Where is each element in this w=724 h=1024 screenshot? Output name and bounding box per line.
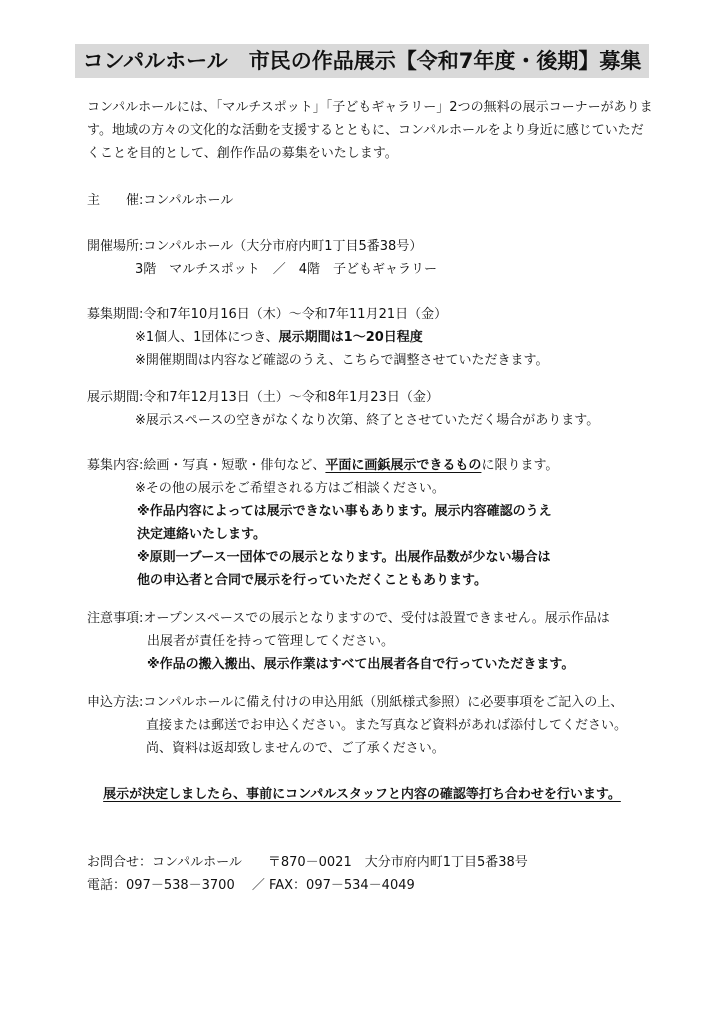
content-value-prefix: 絵画・写真・短歌・俳句など、 xyxy=(143,458,325,473)
content-value-underlined: 平面に画鋲展示できるもの xyxy=(325,458,481,473)
content-note-3b: 他の申込者と合同で展示を行っていただくこともあります。 xyxy=(137,570,487,593)
content-label: 募集内容 xyxy=(87,458,139,473)
venue-floors: 3階 マルチスポット ／ 4階 子どもギャラリー xyxy=(135,259,437,282)
title-container: コンパルホール 市民の作品展示【令和7年度・後期】募集 xyxy=(0,44,724,78)
content-note-2b: 決定連絡いたします。 xyxy=(137,524,266,547)
content-value-suffix: に限ります。 xyxy=(481,458,558,473)
intro-line-3: くことを目的として、創作作品の募集をいたします。 xyxy=(87,143,398,166)
contact-line-2: 電話：097－538－3700 ／ FAX：097－534－4049 xyxy=(87,875,415,898)
organizer-row: 主 催:コンパルホール xyxy=(87,190,233,213)
apply-row: 申込方法:コンパルホールに備え付けの申込用紙（別紙様式参照）に必要事項をご記入の… xyxy=(87,692,623,715)
notice-text: 展示が決定しましたら、事前にコンパルスタッフと内容の確認等打ち合わせを行います。 xyxy=(0,783,724,802)
venue-value: コンパルホール（大分市府内町1丁目5番38号） xyxy=(143,239,422,254)
venue-row: 開催場所:コンパルホール（大分市府内町1丁目5番38号） xyxy=(87,236,422,259)
exhibit-period-row: 展示期間:令和7年12月13日（土）～令和8年1月23日（金） xyxy=(87,387,439,410)
apply-line-2: 直接または郵送でお申込ください。また写真など資料があれば添付してください。 xyxy=(146,715,627,738)
intro-line-2: す。地域の方々の文化的な活動を支援するとともに、コンパルホールをより身近に感じて… xyxy=(87,120,644,143)
recruit-note-1-bold: 展示期間は1～20日程度 xyxy=(279,330,423,345)
content-note-2a: ※作品内容によっては展示できない事もあります。展示内容確認のうえ xyxy=(137,501,552,524)
content-note-3a: ※原則一ブース一団体での展示となります。出展作品数が少ない場合は xyxy=(137,547,551,570)
caution-row: 注意事項:オープンスペースでの展示となりますので、受付は設置できません。展示作品… xyxy=(87,608,610,631)
recruit-period-label: 募集期間 xyxy=(87,307,139,322)
organizer-label: 主 催 xyxy=(87,193,139,208)
content-row: 募集内容:絵画・写真・短歌・俳句など、平面に画鋲展示できるものに限ります。 xyxy=(87,455,558,478)
apply-value: コンパルホールに備え付けの申込用紙（別紙様式参照）に必要事項をご記入の上、 xyxy=(143,695,623,710)
caution-line-2: 出展者が責任を持って管理してください。 xyxy=(147,631,394,654)
organizer-value: コンパルホール xyxy=(143,193,233,208)
exhibit-period-label: 展示期間 xyxy=(87,390,139,405)
apply-label: 申込方法 xyxy=(87,695,139,710)
venue-label: 開催場所 xyxy=(87,239,139,254)
recruit-period-value: 令和7年10月16日（木）～令和7年11月21日（金） xyxy=(143,307,447,322)
intro-line-1: コンパルホールには、「マルチスポット」「子どもギャラリー」2つの無料の展示コーナ… xyxy=(87,97,653,120)
caution-note: ※作品の搬入搬出、展示作業はすべて出展者各自で行っていただきます。 xyxy=(147,654,574,677)
contact-line-1: お問合せ：コンパルホール 〒870－0021 大分市府内町1丁目5番38号 xyxy=(87,852,528,875)
caution-value: オープンスペースでの展示となりますので、受付は設置できません。展示作品は xyxy=(143,611,609,626)
recruit-note-1-text: ※1個人、1団体につき、 xyxy=(135,330,279,345)
caution-label: 注意事項 xyxy=(87,611,139,626)
recruit-period-row: 募集期間:令和7年10月16日（木）～令和7年11月21日（金） xyxy=(87,304,447,327)
recruit-note-2: ※開催期間は内容など確認のうえ、こちらで調整させていただきます。 xyxy=(135,350,549,373)
exhibit-period-value: 令和7年12月13日（土）～令和8年1月23日（金） xyxy=(143,390,438,405)
recruit-note-1: ※1個人、1団体につき、展示期間は1～20日程度 xyxy=(135,327,423,350)
apply-line-3: 尚、資料は返却致しませんので、ご了承ください。 xyxy=(146,738,445,761)
exhibit-note: ※展示スペースの空きがなくなり次第、終了とさせていただく場合があります。 xyxy=(135,410,599,433)
page-title: コンパルホール 市民の作品展示【令和7年度・後期】募集 xyxy=(75,44,650,78)
content-note-1: ※その他の展示をご希望される方はご相談ください。 xyxy=(135,478,445,501)
